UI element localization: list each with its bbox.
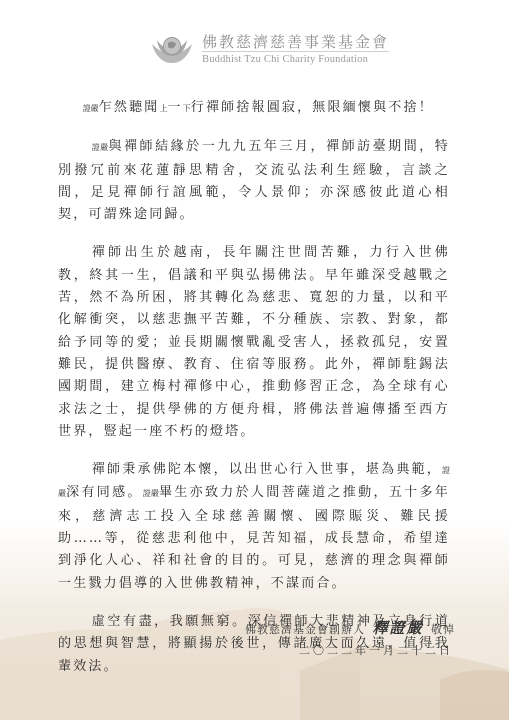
humble-self-reference: 下 [183, 104, 191, 113]
signature-name: 釋證嚴 [372, 619, 423, 637]
signature-line: 佛教慈濟基金會創辦人 釋證嚴 敬悼 [245, 617, 455, 638]
letter-paragraph: 證嚴與禪師結緣於一九九五年三月，禪師訪臺期間，特別撥冗前來花蓮靜思精舍，交流弘法… [58, 136, 450, 226]
humble-self-reference: 證嚴 [143, 489, 159, 498]
paragraph-text: 禪師出生於越南，長年關注世間苦難，力行入世佛教，終其一生，倡議和平與弘揚佛法。早… [58, 245, 450, 438]
humble-self-reference: 證嚴 [83, 104, 99, 113]
letter-body: 證嚴乍然聽聞上一下行禪師捨報圓寂，無限緬懷與不捨！證嚴與禪師結緣於一九九五年三月… [58, 97, 450, 694]
signature-title: 佛教慈濟基金會創辦人 [245, 623, 365, 636]
signature-closing: 敬悼 [431, 623, 455, 636]
letterhead: 佛教慈濟慈善事業基金會 Buddhist Tzu Chi Charity Fou… [148, 33, 389, 67]
letter-date: 二〇二二年一月二十二日 [299, 642, 453, 658]
paragraph-text: 深有同感。 [66, 485, 143, 500]
humble-self-reference: 證嚴 [92, 143, 109, 152]
paragraph-text: 一 [168, 100, 183, 115]
letter-paragraph: 禪師出生於越南，長年關注世間苦難，力行入世佛教，終其一生，倡議和平與弘揚佛法。早… [58, 242, 450, 443]
humble-self-reference: 上 [160, 104, 168, 113]
paragraph-text: 禪師秉承佛陀本懷，以出世心行入世事，堪為典範， [92, 462, 442, 477]
paragraph-text: 與禪師結緣於一九九五年三月，禪師訪臺期間，特別撥冗前來花蓮靜思精舍，交流弘法利生… [58, 139, 450, 222]
letter-paragraph: 禪師秉承佛陀本懷，以出世心行入世事，堪為典範，證嚴深有同感。證嚴畢生亦致力於人間… [58, 459, 450, 595]
letter-paragraph: 證嚴乍然聽聞上一下行禪師捨報圓寂，無限緬懷與不捨！ [58, 97, 450, 120]
org-name-chinese: 佛教慈濟慈善事業基金會 [202, 34, 389, 51]
org-name-english: Buddhist Tzu Chi Charity Foundation [202, 51, 389, 66]
paragraph-text: 乍然聽聞 [99, 100, 160, 115]
paragraph-text: 行禪師捨報圓寂，無限緬懷與不捨！ [191, 100, 434, 115]
paragraph-text: 畢生亦致力於人間菩薩道之推動，五十多年來，慈濟志工投入全球慈善關懷、國際賑災、難… [58, 485, 450, 590]
tzu-chi-lotus-logo-icon [148, 34, 196, 66]
